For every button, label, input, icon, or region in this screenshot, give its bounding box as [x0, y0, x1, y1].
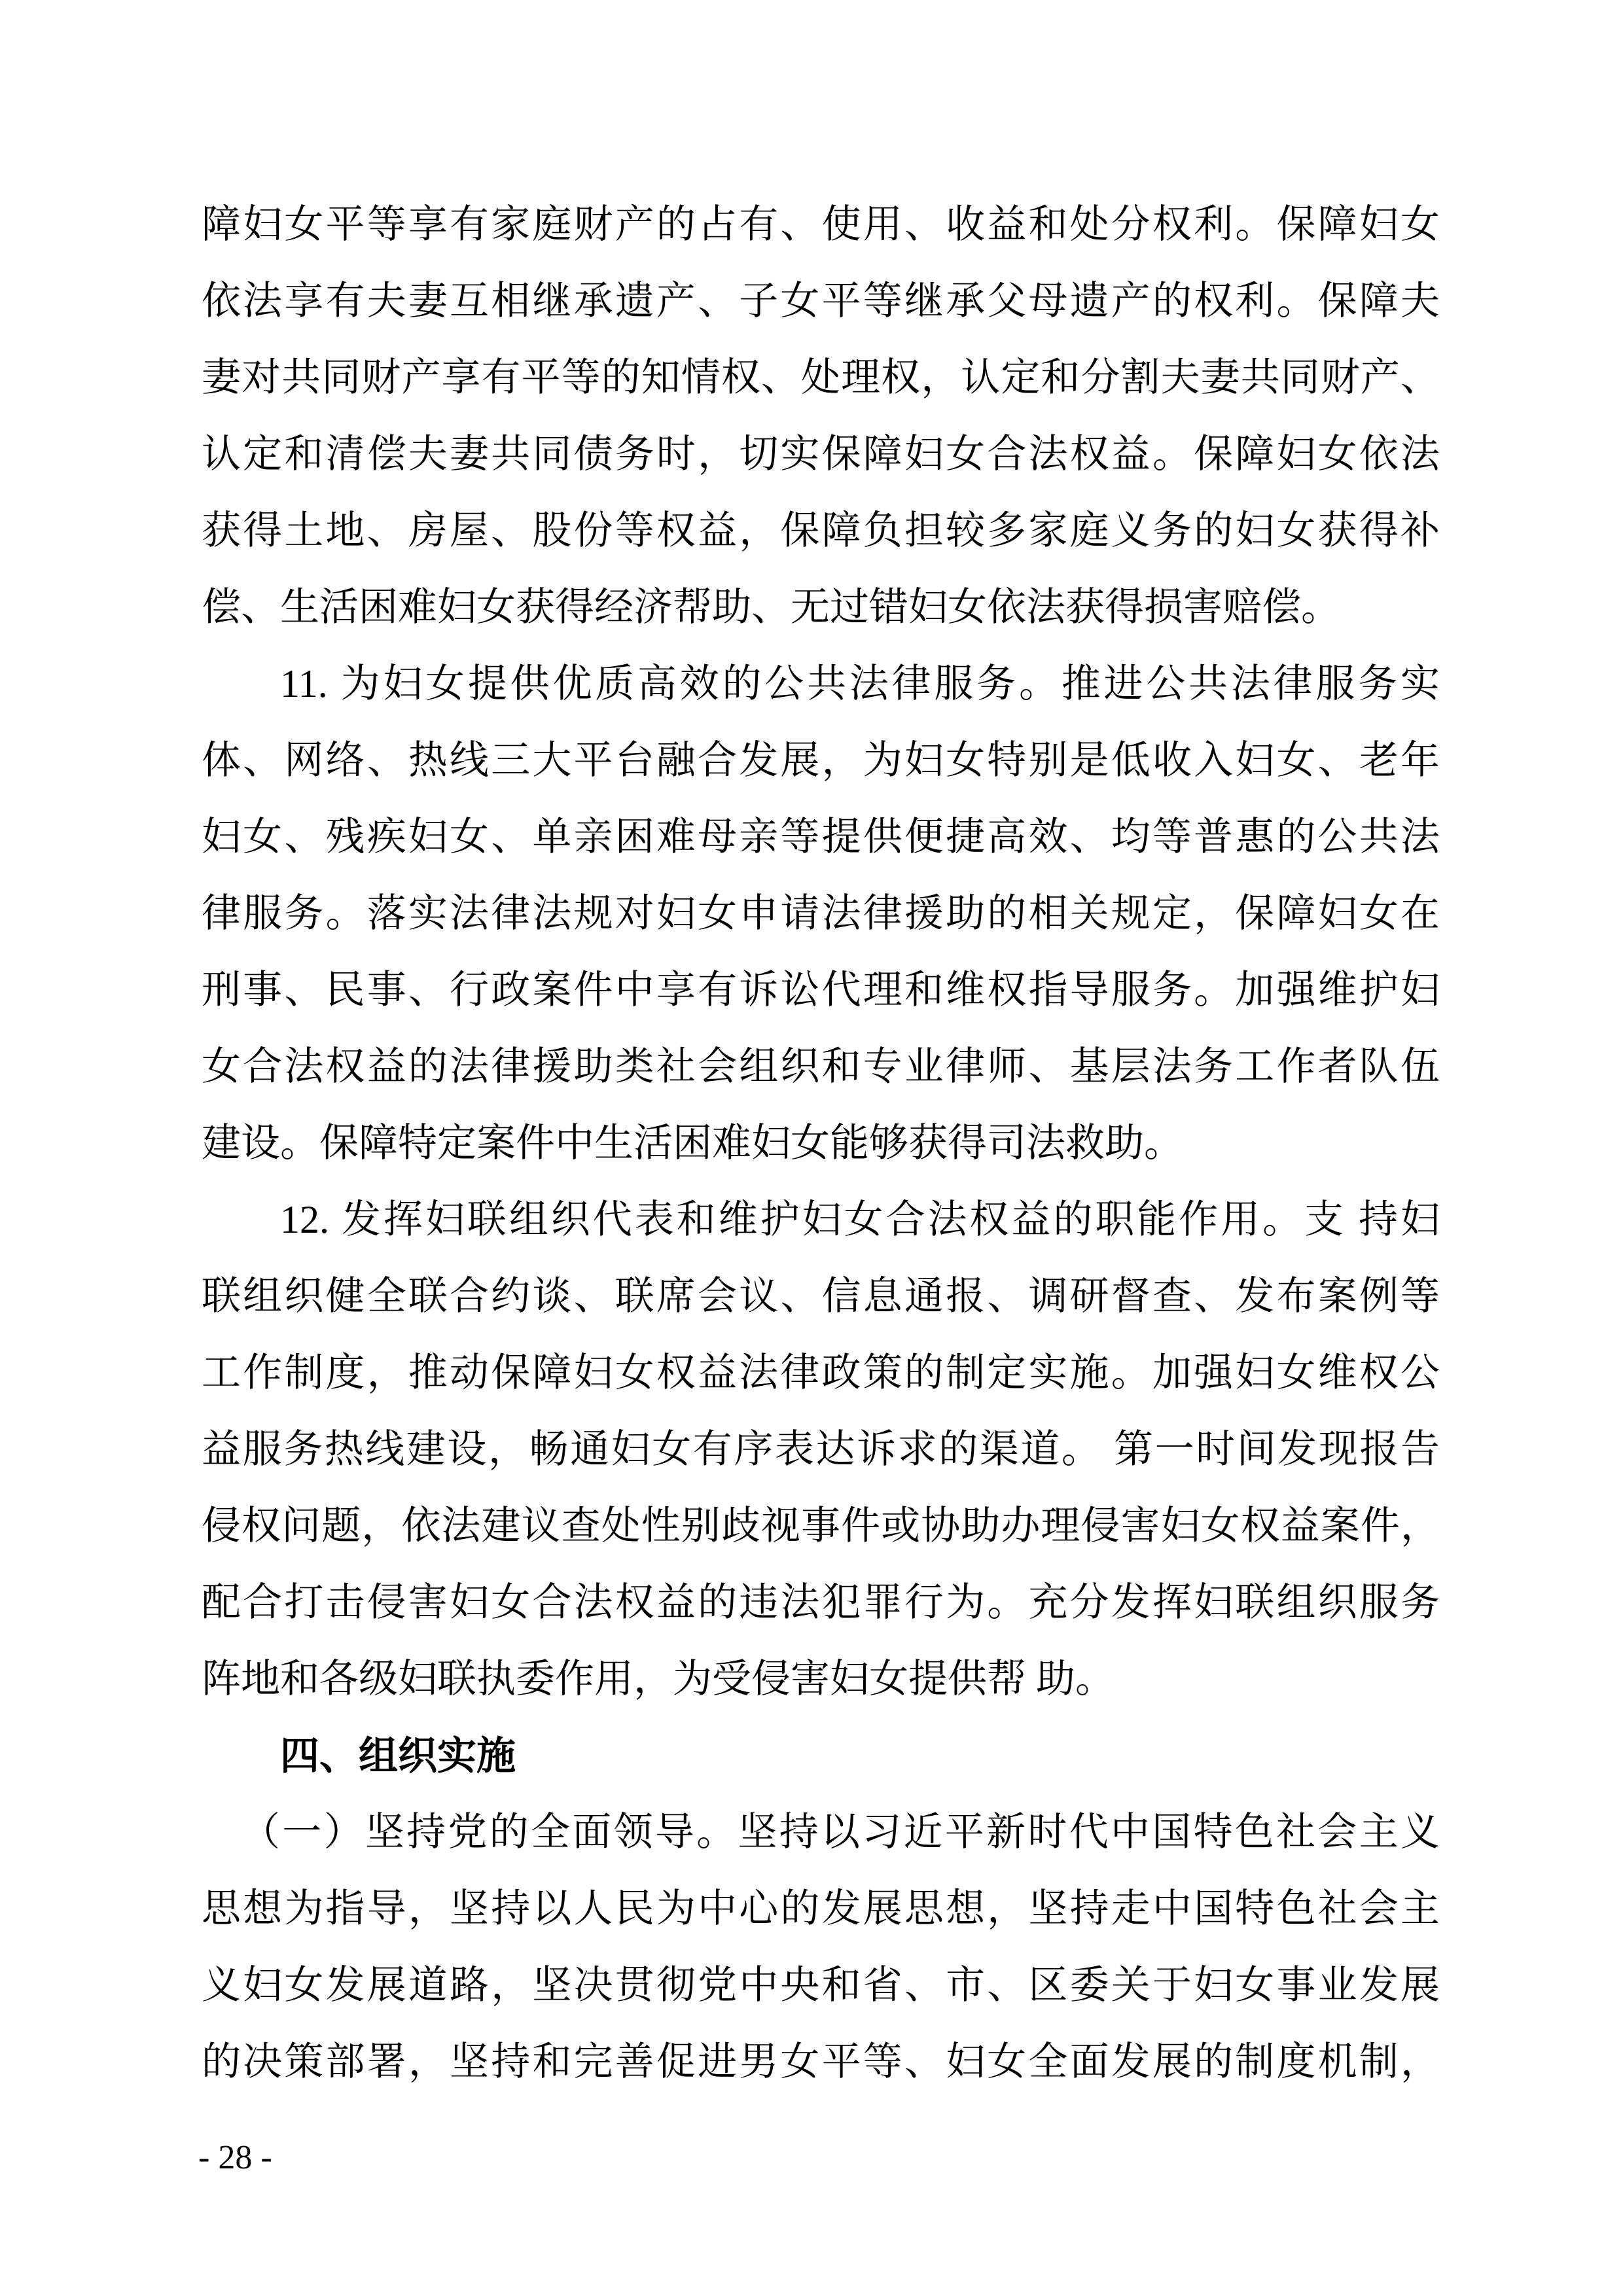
text-line: 认定和清偿夫妻共同债务时，切实保障妇女合法权益。保障妇女依法: [202, 416, 1440, 493]
text-line: 体、网络、热线三大平台融合发展，为妇女特别是低收入妇女、老年: [202, 722, 1440, 799]
text-line: 律服务。落实法律法规对妇女申请法律援助的相关规定，保障妇女在: [202, 875, 1440, 952]
text-line: 获得土地、房屋、股份等权益，保障负担较多家庭义务的妇女获得补: [202, 493, 1440, 569]
text-line: 侵权问题，依法建议查处性别歧视事件或协助办理侵害妇女权益案件，: [202, 1488, 1440, 1564]
text-line: 联组织健全联合约谈、联席会议、信息通报、调研督查、发布案例等: [202, 1258, 1440, 1335]
text-line: 益服务热线建设，畅通妇女有序表达诉求的渠道。 第一时间发现报告: [202, 1411, 1440, 1488]
text-line: 思想为指导，坚持以人民为中心的发展思想，坚持走中国特色社会主: [202, 1871, 1440, 1947]
text-line: 建设。保障特定案件中生活困难妇女能够获得司法救助。: [202, 1105, 1440, 1182]
paragraph-start-line: 11. 为妇女提供优质高效的公共法律服务。推进公共法律服务实: [202, 646, 1440, 722]
document-body: 障妇女平等享有家庭财产的占有、使用、收益和处分权利。保障妇女 依法享有夫妻互相继…: [202, 186, 1440, 2100]
text-line: 刑事、民事、行政案件中享有诉讼代理和维权指导服务。加强维护妇: [202, 952, 1440, 1029]
text-line: 障妇女平等享有家庭财产的占有、使用、收益和处分权利。保障妇女: [202, 186, 1440, 263]
text-line: 义妇女发展道路，坚决贯彻党中央和省、市、区委关于妇女事业发展: [202, 1947, 1440, 2024]
text-line: 阵地和各级妇联执委作用，为受侵害妇女提供帮 助。: [202, 1641, 1440, 1718]
text-line: 配合打击侵害妇女合法权益的违法犯罪行为。充分发挥妇联组织服务: [202, 1564, 1440, 1641]
text-line: 的决策部署，坚持和完善促进男女平等、妇女全面发展的制度机制，: [202, 2024, 1440, 2100]
paragraph-start-line: （一）坚持党的全面领导。坚持以习近平新时代中国特色社会主义: [202, 1794, 1440, 1871]
text-line: 妻对共同财产享有平等的知情权、处理权，认定和分割夫妻共同财产、: [202, 340, 1440, 416]
paragraph-start-line: 12. 发挥妇联组织代表和维护妇女合法权益的职能作用。支 持妇: [202, 1182, 1440, 1258]
text-line: 偿、生活困难妇女获得经济帮助、无过错妇女依法获得损害赔偿。: [202, 569, 1440, 646]
document-page: 障妇女平等享有家庭财产的占有、使用、收益和处分权利。保障妇女 依法享有夫妻互相继…: [0, 0, 1623, 2296]
text-line: 妇女、残疾妇女、单亲困难母亲等提供便捷高效、均等普惠的公共法: [202, 799, 1440, 875]
text-line: 工作制度，推动保障妇女权益法律政策的制定实施。加强妇女维权公: [202, 1335, 1440, 1411]
text-line: 依法享有夫妻互相继承遗产、子女平等继承父母遗产的权利。保障夫: [202, 263, 1440, 340]
text-line: 女合法权益的法律援助类社会组织和专业律师、基层法务工作者队伍: [202, 1029, 1440, 1105]
page-number: - 28 -: [198, 2138, 272, 2178]
section-heading: 四、组织实施: [202, 1718, 1440, 1794]
